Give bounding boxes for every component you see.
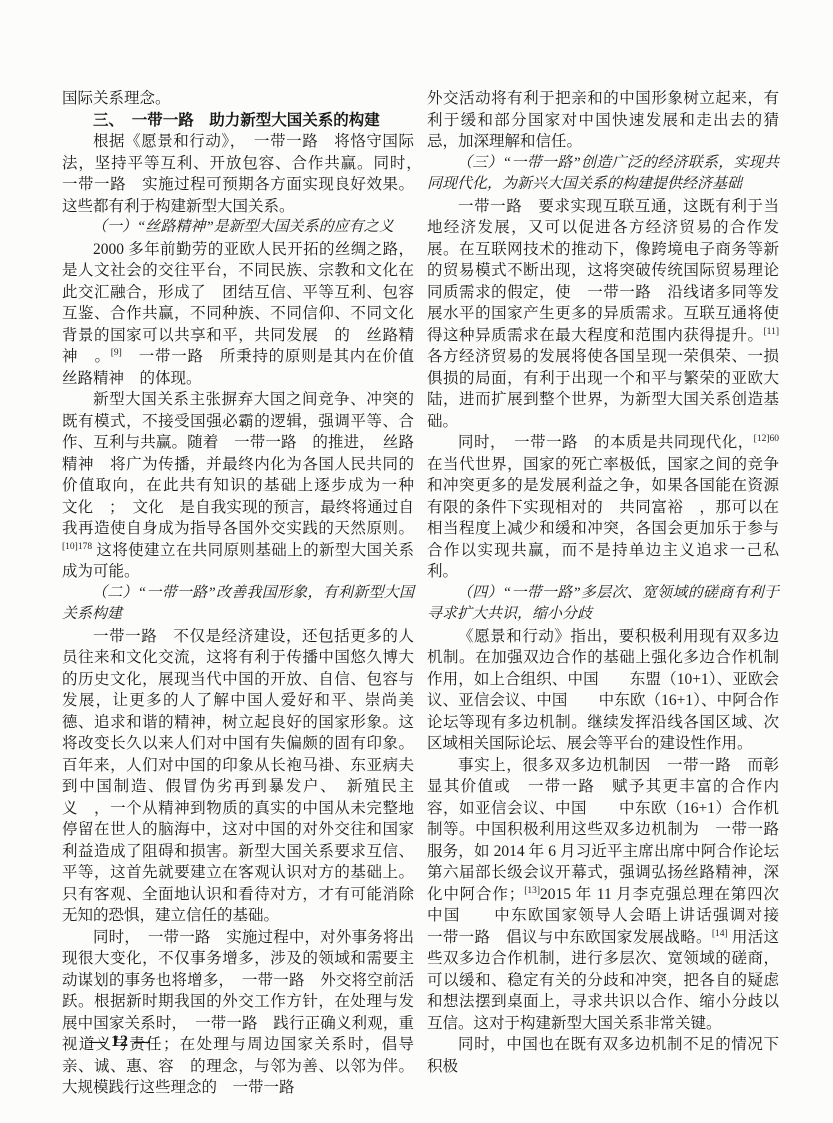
text-run: （一）“丝路精神”是新型大国关系的应有之义 bbox=[92, 219, 394, 235]
text-run: 一带一路 要求实现互联互通，这既有利于当地经济发展，又可以促进各方经济贸易的合作… bbox=[427, 198, 779, 344]
right-column: 外交活动将有利于把亲和的中国形象树立起来，有利于缓和部分国家对中国快速发展和走出… bbox=[427, 88, 779, 1077]
text-run: （三）“一带一路”创造广泛的经济联系，实现共同现代化，为新兴大国关系的构建提供经… bbox=[427, 155, 779, 193]
paragraph: 国际关系理念。 bbox=[62, 88, 414, 110]
text-run: 同时，中国也在既有双多边机制不足的情况下积极 bbox=[427, 1036, 779, 1075]
text-run: 三、 一带一路 助力新型大国关系的构建 bbox=[93, 112, 380, 129]
section-heading: 三、 一带一路 助力新型大国关系的构建 bbox=[62, 110, 414, 132]
paragraph: 2000 多年前勤劳的亚欧人民开拓的丝绸之路，是人文社会的交往平台，不同民族、宗… bbox=[62, 239, 414, 390]
text-run: 2000 多年前勤劳的亚欧人民开拓的丝绸之路，是人文社会的交往平台，不同民族、宗… bbox=[62, 241, 414, 366]
citation-marker: [13] bbox=[524, 885, 540, 895]
section-heading: （四）“一带一路”多层次、宽领域的磋商有利于寻求扩大共识，缩小分歧 bbox=[427, 583, 779, 626]
citation-marker: [11] bbox=[764, 326, 779, 336]
text-run: 一带一路 不仅是经济建设，还包括更多的人员往来和文化交流，这将有利于传播中国悠久… bbox=[62, 628, 414, 925]
text-run: 各方经济贸易的发展将使各国呈现一荣俱荣、一损俱损的局面，有利于出现一个和平与繁荣… bbox=[427, 348, 779, 430]
page-number: — 12 — bbox=[89, 1033, 151, 1050]
text-run: 《愿景和行动》指出，要积极利用现有双多边机制。在加强双边合作的基础上强化多边合作… bbox=[427, 628, 779, 753]
paragraph: 《愿景和行动》指出，要积极利用现有双多边机制。在加强双边合作的基础上强化多边合作… bbox=[427, 626, 779, 755]
text-run: （四）“一带一路”多层次、宽领域的磋商有利于寻求扩大共识，缩小分歧 bbox=[427, 585, 779, 623]
section-heading: （一）“丝路精神”是新型大国关系的应有之义 bbox=[62, 217, 414, 239]
text-run: 同时， 一带一路 实施过程中，对外事务将出现很大变化，不仅事务增多，涉及的领域和… bbox=[62, 929, 430, 1097]
text-run: 在当代世界，国家的死亡率极低，国家之间的竞争和冲突更多的是发展利益之争，如果各国… bbox=[427, 456, 779, 581]
citation-marker: [14] bbox=[712, 928, 728, 938]
document-page: 国际关系理念。三、 一带一路 助力新型大国关系的构建根据《愿景和行动》， 一带一… bbox=[0, 0, 833, 1123]
section-heading: （三）“一带一路”创造广泛的经济联系，实现共同现代化，为新兴大国关系的构建提供经… bbox=[427, 153, 779, 196]
text-run: 新型大国关系主张摒弃大国之间竞争、冲突的既有模式，不接受国强必霸的逻辑，强调平等… bbox=[62, 391, 430, 537]
paragraph: 事实上，很多双多边机制因 一带一路 而彰显其价值或 一带一路 赋予其更丰富的合作… bbox=[427, 755, 779, 1035]
citation-marker: [9] bbox=[111, 348, 122, 358]
paragraph: 一带一路 要求实现互联互通，这既有利于当地经济发展，又可以促进各方经济贸易的合作… bbox=[427, 196, 779, 433]
text-run: 根据《愿景和行动》， 一带一路 将恪守国际法，坚持平等互利、开放包容、合作共赢。… bbox=[62, 133, 430, 215]
paragraph: 同时，中国也在既有双多边机制不足的情况下积极 bbox=[427, 1034, 779, 1077]
paragraph: 外交活动将有利于把亲和的中国形象树立起来，有利于缓和部分国家对中国快速发展和走出… bbox=[427, 88, 779, 153]
section-heading: （二）“一带一路”改善我国形象，有利新型大国关系构建 bbox=[62, 583, 414, 626]
text-run: 这将使建立在共同原则基础上的新型大国关系成为可能。 bbox=[62, 542, 414, 581]
text-run: 国际关系理念。 bbox=[62, 90, 171, 107]
paragraph: 同时， 一带一路 的本质是共同现代化，[12]60 在当代世界，国家的死亡率极低… bbox=[427, 432, 779, 583]
text-run: （二）“一带一路”改善我国形象，有利新型大国关系构建 bbox=[62, 585, 414, 623]
citation-marker: [12]60 bbox=[754, 434, 779, 444]
page-footer: — 12 — bbox=[89, 1033, 151, 1051]
left-column: 国际关系理念。三、 一带一路 助力新型大国关系的构建根据《愿景和行动》， 一带一… bbox=[62, 88, 414, 1099]
text-run: 事实上，很多双多边机制因 一带一路 而彰显其价值或 一带一路 赋予其更丰富的合作… bbox=[427, 757, 795, 903]
citation-marker: [10]178 bbox=[62, 541, 92, 551]
paragraph: 一带一路 不仅是经济建设，还包括更多的人员往来和文化交流，这将有利于传播中国悠久… bbox=[62, 626, 414, 927]
text-run: 外交活动将有利于把亲和的中国形象树立起来，有利于缓和部分国家对中国快速发展和走出… bbox=[427, 90, 779, 150]
text-run: 同时， 一带一路 的本质是共同现代化， bbox=[458, 434, 754, 451]
paragraph: 根据《愿景和行动》， 一带一路 将恪守国际法，坚持平等互利、开放包容、合作共赢。… bbox=[62, 131, 414, 217]
paragraph: 新型大国关系主张摒弃大国之间竞争、冲突的既有模式，不接受国强必霸的逻辑，强调平等… bbox=[62, 389, 414, 583]
paragraph: 同时， 一带一路 实施过程中，对外事务将出现很大变化，不仅事务增多，涉及的领域和… bbox=[62, 927, 414, 1099]
